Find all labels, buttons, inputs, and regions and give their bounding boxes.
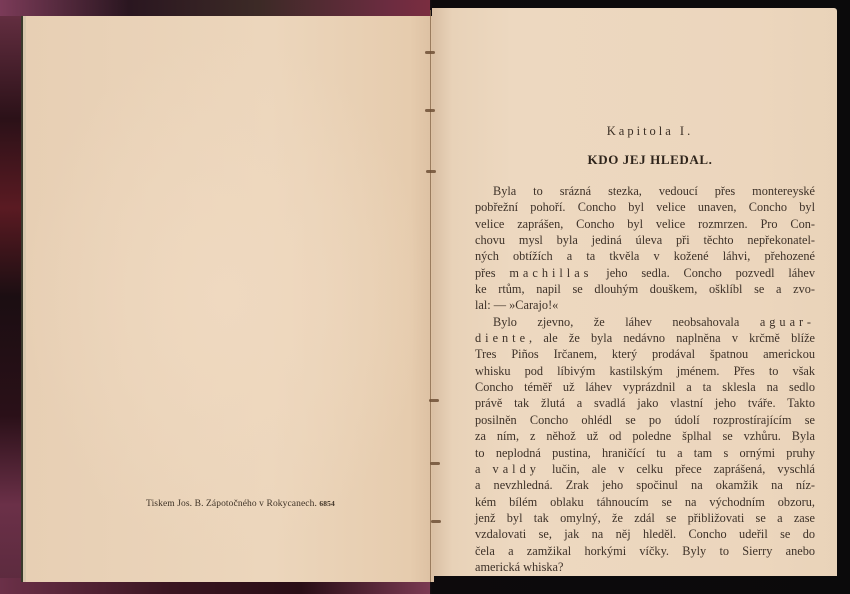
chapter-title: KDO JEJ HLEDAL. (470, 152, 830, 168)
stitch-icon (430, 462, 440, 465)
text-line: to neplodná pustina, hraničící tu a tam … (475, 445, 815, 461)
text-line: whisku pod líbivým kastilským jménem. Př… (475, 363, 815, 379)
stitch-icon (426, 170, 436, 173)
text-line: diente, ale že byla nedávno naplněna v k… (475, 330, 815, 346)
chapter-label: Kapitola I. (470, 124, 830, 139)
text-line: kém bílém oblaku táhnoucím se na východn… (475, 494, 815, 510)
text-line: přes machillas jeho sedla. Concho pozved… (475, 265, 815, 281)
stitch-icon (425, 51, 435, 54)
text-line: za ním, z něhož už od poledne šplhal se … (475, 428, 815, 444)
text-line: lal: — »Carajo!« (475, 297, 815, 313)
stitch-icon (425, 109, 435, 112)
stitch-icon (429, 399, 439, 402)
text-line: a nevzhledná. Zrak jeho spočinul na okam… (475, 477, 815, 493)
left-page (26, 16, 434, 582)
text-line: čela a zamžikal horkými víčky. Byly to S… (475, 543, 815, 559)
printer-imprint: Tiskem Jos. B. Zápotočného v Rokycanech.… (146, 499, 376, 509)
chapter-body-text: Byla to srázná stezka, vedoucí přes mont… (475, 183, 815, 575)
text-line: ných obtížích a ta tkvěla v kožené láhvi… (475, 248, 815, 264)
text-line: Tres Piños Irčanem, který prodával špatn… (475, 346, 815, 362)
text-line: vzdalovati se, jak na něj hleděl. Concho… (475, 526, 815, 542)
text-line: pobřežní pohoří. Concho byl velice unave… (475, 199, 815, 215)
text-line: Bylo zjevno, že láhev neobsahovala aguar… (475, 314, 815, 330)
gutter-binding-thread (430, 10, 431, 582)
printer-number: 6854 (319, 499, 334, 508)
cover-left-edge (0, 0, 22, 594)
text-line: ke rtům, napil se dlouhým douškem, ošklí… (475, 281, 815, 297)
text-line: a valdy lučin, ale v celku přece zapráše… (475, 461, 815, 477)
text-line: americká whiska? (475, 559, 815, 575)
text-line: chovu mysl byla jediná úleva při těchto … (475, 232, 815, 248)
cover-top-edge (0, 0, 430, 16)
printer-imprint-text: Tiskem Jos. B. Zápotočného v Rokycanech. (146, 499, 317, 509)
text-line: posilněn Concho ohlédl se po údolí rozpr… (475, 412, 815, 428)
text-line: Byla to srázná stezka, vedoucí přes mont… (475, 183, 815, 199)
text-line: právě tak žlutá a svadlá jako vlastní je… (475, 395, 815, 411)
text-line: Concho téměř už láhev vyprázdnil a ta sk… (475, 379, 815, 395)
text-line: jenž byl tak omylný, že zdál se přibližo… (475, 510, 815, 526)
stitch-icon (431, 520, 441, 523)
text-line: velice zaprášen, Concho byl velice rozmr… (475, 216, 815, 232)
